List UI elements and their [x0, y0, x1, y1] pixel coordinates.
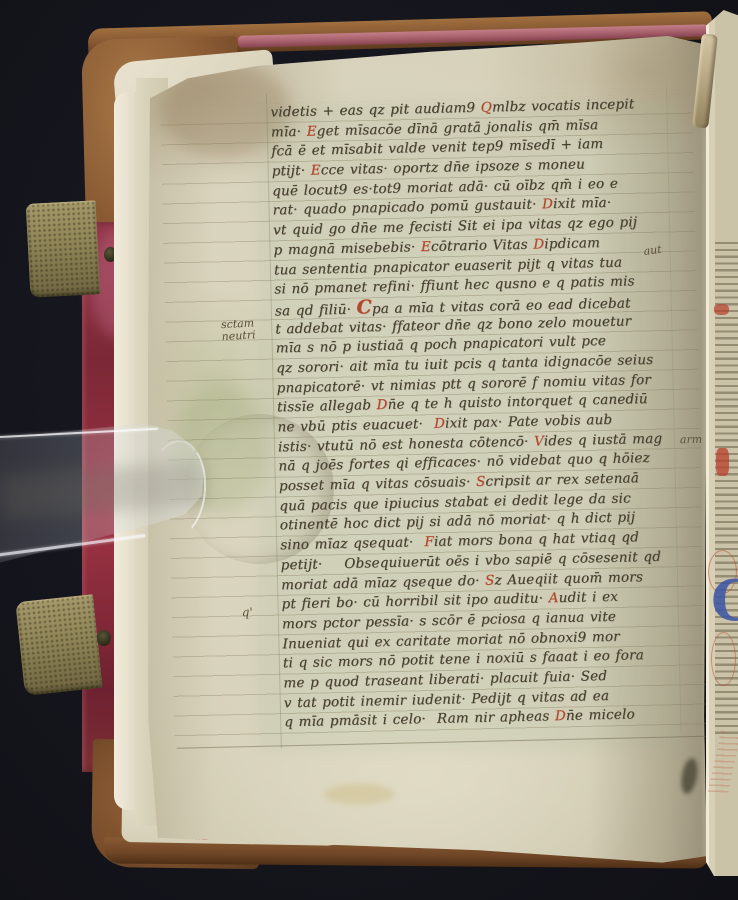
marginal-mark-left: q'	[242, 606, 253, 618]
facing-page-edge: C	[706, 10, 738, 876]
facing-page-red-scribble	[708, 731, 738, 798]
writing-area: videtis + eas qz pit audiam9 Qmlbz vocat…	[160, 84, 720, 768]
facing-page-penwork-flourish-bottom	[711, 632, 736, 686]
ink-smudge	[679, 757, 700, 795]
marginal-note-left-line2: neutri	[221, 329, 256, 343]
marginal-note-right-top: aut	[643, 244, 662, 258]
photo-background: pup videtis + eas qz pit audiam9 Qmlbz v…	[0, 0, 738, 900]
facing-page-rubric-mark	[714, 304, 729, 315]
facing-page-red-initial	[716, 448, 729, 476]
clasp-strap-top	[26, 200, 101, 298]
clasp-strap-bottom	[15, 594, 102, 696]
marginal-note-left: sctam neutri	[221, 317, 256, 343]
clasp-stud-bottom	[97, 630, 111, 646]
marginal-note-right-mid: arm	[680, 434, 703, 447]
manuscript-text-block: videtis + eas qz pit audiam9 Qmlbz vocat…	[270, 94, 686, 733]
page-stain-bottom	[324, 784, 394, 804]
